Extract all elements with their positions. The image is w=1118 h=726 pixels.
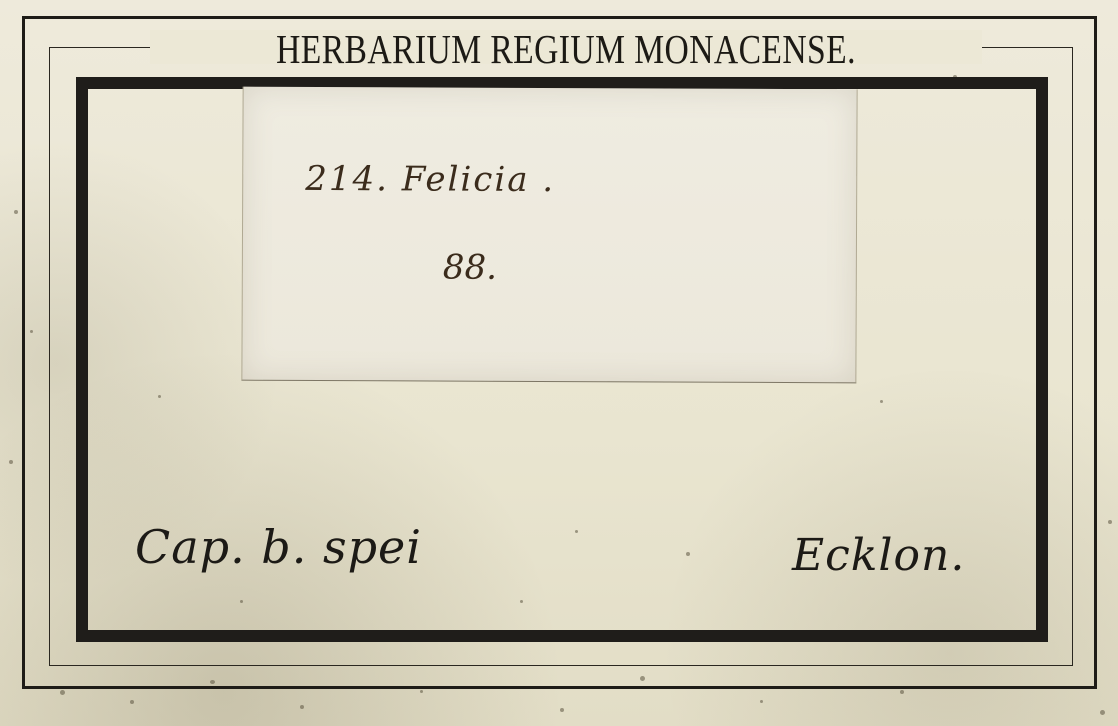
slip-number-and-genus: 214. Feliсia . xyxy=(305,159,555,200)
collector-name-handwriting: Ecklon. xyxy=(792,530,965,581)
slip-specimen-number: 88. xyxy=(443,248,497,288)
herbarium-header-title: HERBARIUM REGIUM MONACENSE. xyxy=(225,26,907,72)
pasted-specimen-slip: 214. Feliсia . 88. xyxy=(241,87,857,384)
locality-handwriting: Cap. b. spei xyxy=(135,520,422,574)
